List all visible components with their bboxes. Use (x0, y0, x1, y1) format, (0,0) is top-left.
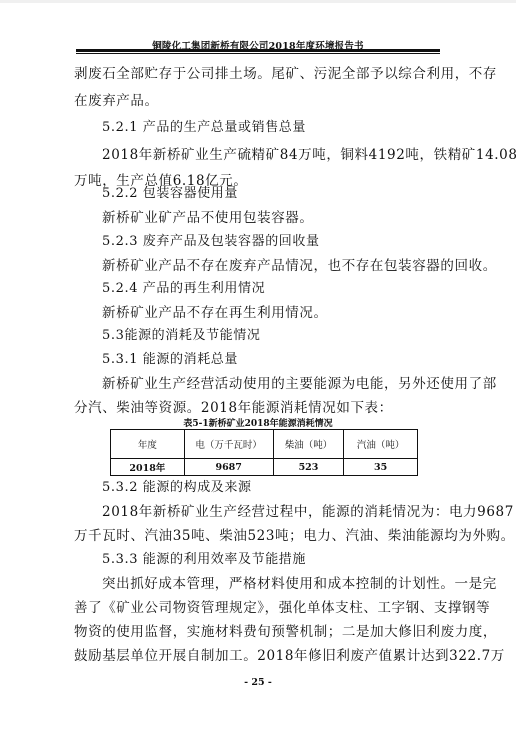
paragraph-line: 剥废石全部贮存于公司排土场。尾矿、污泥全部予以综合利用，不存 (74, 62, 497, 82)
cell-diesel: 523 (273, 459, 344, 476)
column-header-electricity: 电（万千瓦时） (184, 430, 273, 459)
section-heading-5-3-2: 5.3.2 能源的构成及来源 (102, 476, 252, 495)
section-heading-5-3: 5.3能源的消耗及节能情况 (102, 324, 260, 343)
section-heading-5-2-1: 5.2.1 产品的生产总量或销售总量 (102, 116, 306, 135)
header-rule (76, 49, 440, 52)
header-rule-thin (76, 53, 440, 54)
cell-electricity: 9687 (184, 459, 273, 476)
paragraph-line: 新桥矿业矿产品不使用包装容器。 (102, 206, 314, 226)
table-header-row: 年度 电（万千瓦时） 柴油（吨） 汽油（吨） (111, 430, 418, 459)
paragraph-line: 突出抓好成本管理，严格材料使用和成本控制的计划性。一是完 (102, 572, 497, 592)
paragraph-line: 在废弃产品。 (74, 89, 159, 109)
table-caption: 表5-1新桥矿业2018年能源消耗情况 (0, 416, 516, 429)
section-heading-5-2-2: 5.2.2 包装容器使用量 (102, 182, 238, 201)
section-heading-5-2-3: 5.2.3 废弃产品及包装容器的回收量 (102, 230, 320, 249)
paragraph-line: 善了《矿业公司物资管理规定》，强化单体支柱、工字钢、支撑钢等 (74, 596, 490, 616)
cell-gasoline: 35 (344, 459, 418, 476)
column-header-gasoline: 汽油（吨） (344, 430, 418, 459)
section-heading-5-3-3: 5.3.3 能源的利用效率及节能措施 (102, 548, 306, 567)
energy-consumption-table: 年度 电（万千瓦时） 柴油（吨） 汽油（吨） 2018年 9687 523 35 (110, 429, 418, 476)
viewer-top-edge (0, 0, 516, 3)
section-heading-5-2-4: 5.2.4 产品的再生利用情况 (102, 277, 265, 296)
document-page: 铜陵化工集团新桥有限公司2018年度环境报告书 剥废石全部贮存于公司排土场。尾矿… (0, 0, 516, 732)
table-row: 2018年 9687 523 35 (111, 459, 418, 476)
page-number: - 25 - (0, 677, 516, 688)
paragraph-line: 2018年新桥矿业生产硫精矿84万吨，铜料4192吨，铁精矿14.08 (102, 143, 516, 163)
paragraph-line: 新桥矿业产品不存在再生利用情况。 (102, 301, 328, 321)
paragraph-line: 2018年新桥矿业生产经营过程中，能源的消耗情况为：电力9687 (102, 500, 514, 520)
column-header-diesel: 柴油（吨） (273, 430, 344, 459)
column-header-year: 年度 (111, 430, 185, 459)
cell-year: 2018年 (111, 459, 185, 476)
paragraph-line: 物资的使用监督，实施材料费旬预警机制；二是加大修旧利废力度， (74, 620, 497, 640)
paragraph-line: 新桥矿业产品不存在废弃产品情况，也不存在包装容器的回收。 (102, 254, 497, 274)
paragraph-line: 分汽、柴油等资源。2018年能源消耗情况如下表： (74, 396, 393, 416)
paragraph-line: 新桥矿业生产经营活动使用的主要能源为电能，另外还使用了部 (102, 372, 497, 392)
paragraph-line: 万千瓦时、汽油35吨、柴油523吨；电力、汽油、柴油能源均为外购。 (74, 524, 515, 544)
section-heading-5-3-1: 5.3.1 能源的消耗总量 (102, 348, 238, 367)
paragraph-line: 鼓励基层单位开展自制加工。2018年修旧利废产值累计达到322.7万 (74, 644, 505, 664)
